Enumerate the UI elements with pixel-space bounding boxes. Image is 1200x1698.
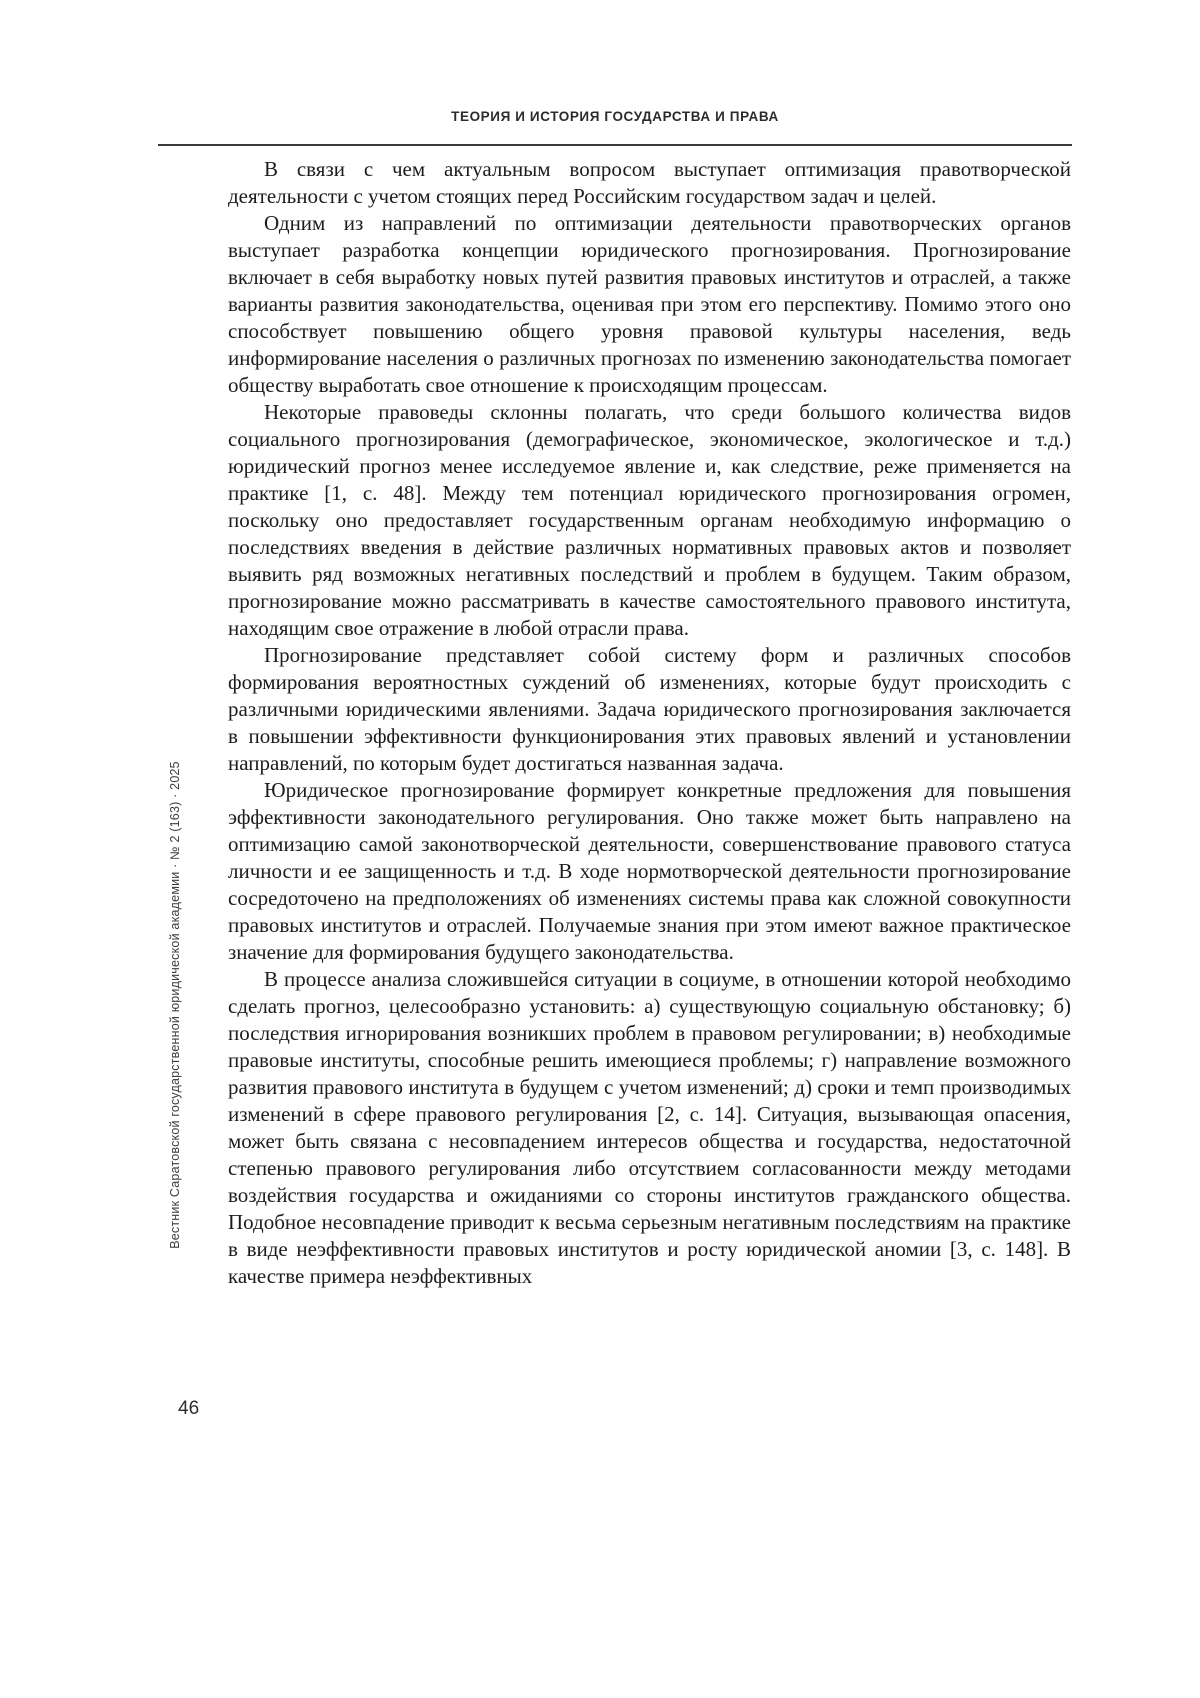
article-body: В связи с чем актуальным вопросом выступ… bbox=[228, 156, 1071, 1290]
running-head: ТЕОРИЯ И ИСТОРИЯ ГОСУДАРСТВА И ПРАВА bbox=[158, 109, 1072, 124]
page-number: 46 bbox=[178, 1398, 199, 1420]
body-paragraph: В связи с чем актуальным вопросом выступ… bbox=[228, 156, 1071, 210]
journal-page: ТЕОРИЯ И ИСТОРИЯ ГОСУДАРСТВА И ПРАВА Вес… bbox=[0, 0, 1200, 1698]
body-paragraph: Одним из направлений по оптимизации деят… bbox=[228, 210, 1071, 399]
body-paragraph: В процессе анализа сложившейся ситуации … bbox=[228, 966, 1071, 1290]
body-paragraph: Некоторые правоведы склонны полагать, чт… bbox=[228, 399, 1071, 642]
body-paragraph: Юридическое прогнозирование формирует ко… bbox=[228, 777, 1071, 966]
header-rule-divider bbox=[158, 144, 1072, 146]
body-paragraph: Прогнозирование представляет собой систе… bbox=[228, 642, 1071, 777]
sidebar-journal-label: Вестник Саратовской государственной юрид… bbox=[168, 695, 182, 1315]
